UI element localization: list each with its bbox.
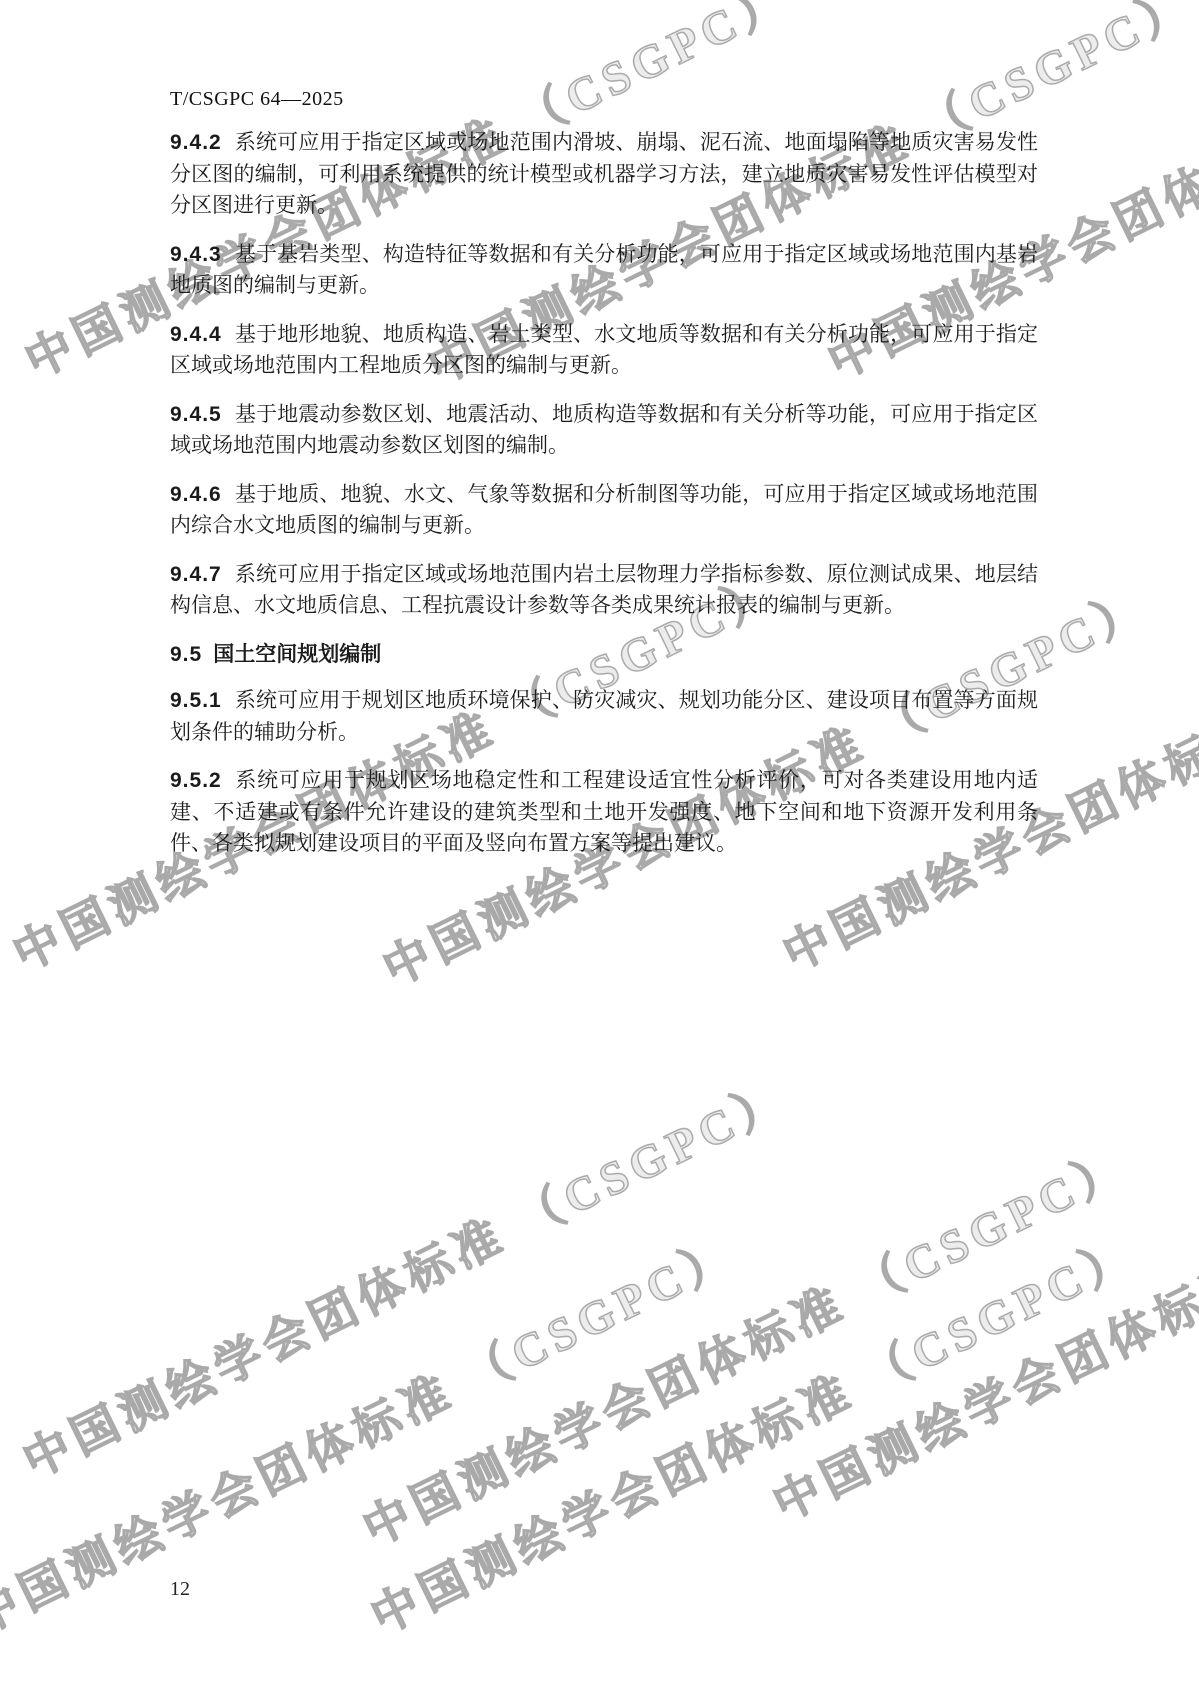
clause-number: 9.5.1 — [170, 689, 222, 712]
clause-text: 系统可应用于指定区域或场地范围内滑坡、崩塌、泥石流、地面塌陷等地质灾害易发性分区… — [170, 130, 1038, 217]
clause-text: 基于地震动参数区划、地震活动、地质构造等数据和有关分析等功能，可应用于指定区域或… — [170, 402, 1038, 458]
clause-text: 系统可应用于指定区域或场地范围内岩土层物理力学指标参数、原位测试成果、地层结构信… — [170, 562, 1038, 618]
document-page: 中国测绘学会团体标准 （CSGPC）中国测绘学会团体标准 （CSGPC）中国测绘… — [0, 0, 1199, 1696]
watermark-text: 中国测绘学会团体标准 （CSGPC） — [362, 1225, 1146, 1648]
clause-9-4-2: 9.4.2系统可应用于指定区域或场地范围内滑坡、崩塌、泥石流、地面塌陷等地质灾害… — [170, 127, 1038, 222]
heading-text: 国土空间规划编制 — [213, 643, 381, 666]
watermark-text: 中国测绘学会团体标准 （CSGPC） — [14, 1069, 798, 1492]
clause-text: 基于地形地貌、地质构造、岩土类型、水文地质等数据和有关分析功能，可应用于指定区域… — [170, 322, 1038, 378]
clause-9-5-2: 9.5.2系统可应用于规划区场地稳定性和工程建设适宜性分析评价，可对各类建设用地… — [170, 765, 1038, 860]
clause-number: 9.4.4 — [170, 323, 222, 346]
clause-9-4-6: 9.4.6基于地质、地貌、水文、气象等数据和分析制图等功能，可应用于指定区域或场… — [170, 479, 1038, 542]
page-number: 12 — [170, 1578, 190, 1601]
watermark-text: 中国测绘学会团体标准 （CSGPC） — [764, 1112, 1199, 1535]
document-content: T/CSGPC 64—2025 9.4.2系统可应用于指定区域或场地范围内滑坡、… — [170, 86, 1038, 877]
clause-number: 9.4.3 — [170, 243, 222, 266]
watermark-text: 中国测绘学会团体标准 （CSGPC） — [0, 1225, 746, 1648]
clause-number: 9.5.2 — [170, 769, 222, 792]
clause-number: 9.4.7 — [170, 563, 222, 586]
clause-9-4-4: 9.4.4基于地形地貌、地质构造、岩土类型、水文地质等数据和有关分析功能，可应用… — [170, 319, 1038, 382]
clause-9-4-7: 9.4.7系统可应用于指定区域或场地范围内岩土层物理力学指标参数、原位测试成果、… — [170, 559, 1038, 622]
clause-text: 系统可应用于规划区地质环境保护、防灾减灾、规划功能分区、建设项目布置等方面规划条… — [170, 688, 1038, 744]
clause-text: 系统可应用于规划区场地稳定性和工程建设适宜性分析评价，可对各类建设用地内适建、不… — [170, 768, 1038, 855]
clause-number: 9.4.6 — [170, 483, 222, 506]
standard-number: T/CSGPC 64—2025 — [170, 86, 1038, 112]
clause-text: 基于基岩类型、构造特征等数据和有关分析功能，可应用于指定区域或场地范围内基岩地质… — [170, 242, 1038, 298]
clause-9-4-5: 9.4.5基于地震动参数区划、地震活动、地质构造等数据和有关分析等功能，可应用于… — [170, 399, 1038, 462]
clause-number: 9.5 — [170, 643, 202, 666]
clause-9-4-3: 9.4.3基于基岩类型、构造特征等数据和有关分析功能，可应用于指定区域或场地范围… — [170, 239, 1038, 302]
clause-9-5-1: 9.5.1系统可应用于规划区地质环境保护、防灾减灾、规划功能分区、建设项目布置等… — [170, 685, 1038, 748]
watermark-text: 中国测绘学会团体标准 （CSGPC） — [354, 1137, 1138, 1560]
clause-number: 9.4.5 — [170, 403, 222, 426]
section-heading-9-5: 9.5国土空间规划编制 — [170, 639, 1038, 671]
clause-number: 9.4.2 — [170, 131, 222, 154]
clause-text: 基于地质、地貌、水文、气象等数据和分析制图等功能，可应用于指定区域或场地范围内综… — [170, 482, 1038, 538]
